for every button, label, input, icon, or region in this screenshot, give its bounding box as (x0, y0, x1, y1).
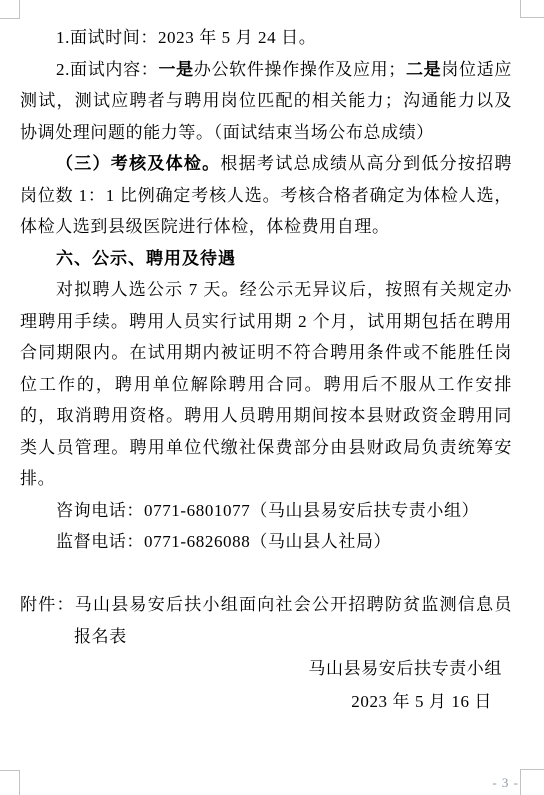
contact-phone-line: 咨询电话：0771-6801077（马山县易安后扶专责小组） (20, 495, 512, 527)
attachment-line: 附件：马山县易安后扶小组面向社会公开招聘防贫监测信息员报名表 (20, 589, 512, 652)
interview-content-second-emphasis: 二是 (406, 60, 441, 79)
attachment-title: 马山县易安后扶小组面向社会公开招聘防贫监测信息员报名表 (74, 595, 512, 646)
document-body: 1.面试时间：2023 年 5 月 24 日。 2.面试内容：一是办公软件操作操… (20, 22, 512, 718)
supervision-phone-line: 监督电话：0771-6826088（马山县人社局） (20, 526, 512, 558)
paragraph-publicity-employment: 对拟聘人选公示 7 天。经公示无异议后，按照有关规定办理聘用手续。聘用人员实行试… (20, 274, 512, 495)
attachment-label: 附件： (20, 595, 75, 614)
date-line: 2023 年 5 月 16 日 (20, 685, 512, 718)
paragraph-interview-content: 2.面试内容：一是办公软件操作操作及应用；二是岗位适应测试，测试应聘者与聘用岗位… (20, 54, 512, 149)
interview-time-text: 1.面试时间：2023 年 5 月 24 日。 (56, 28, 316, 47)
paragraph-interview-time: 1.面试时间：2023 年 5 月 24 日。 (20, 22, 512, 54)
page-number: - 3 - (492, 775, 519, 791)
assessment-physical-subheading: （三）考核及体检。 (56, 154, 220, 173)
margin-mark-bottom-right (520, 769, 544, 795)
publicity-employment-text: 对拟聘人选公示 7 天。经公示无异议后，按照有关规定办理聘用手续。聘用人员实行试… (20, 280, 512, 488)
margin-mark-top-left (0, 0, 20, 19)
interview-content-mid: 办公软件操作操作及应用； (194, 60, 406, 79)
margin-mark-bottom-left (0, 770, 20, 795)
interview-content-lead: 2.面试内容： (56, 60, 158, 79)
signature-line: 马山县易安后扶专责小组 (20, 652, 512, 685)
paragraph-assessment-physical: （三）考核及体检。根据考试总成绩从高分到低分按招聘岗位数 1：1 比例确定考核人… (20, 148, 512, 243)
document-page: 1.面试时间：2023 年 5 月 24 日。 2.面试内容：一是办公软件操作操… (0, 0, 544, 795)
interview-content-first-emphasis: 一是 (158, 60, 193, 79)
margin-mark-top-right (520, 0, 544, 18)
section-heading-publicity-employment: 六、公示、聘用及待遇 (20, 243, 512, 275)
